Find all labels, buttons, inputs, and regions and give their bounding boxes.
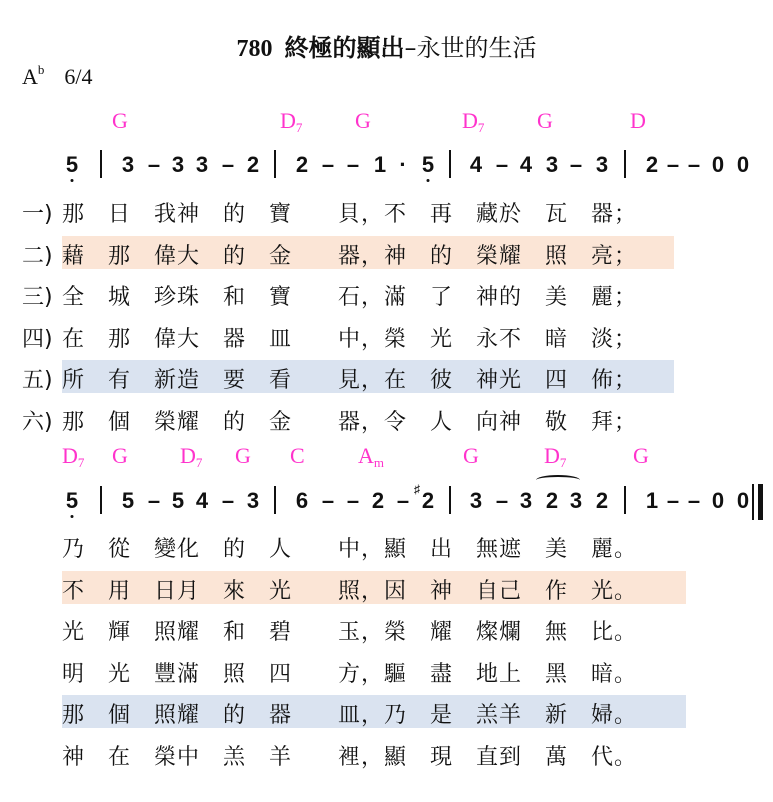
hold-dash: – bbox=[492, 488, 512, 514]
note-number: 3 bbox=[243, 488, 263, 514]
barline bbox=[274, 486, 276, 514]
hold-dash: – bbox=[393, 488, 413, 514]
verse-label: 三) bbox=[22, 280, 53, 311]
chord-root: D bbox=[544, 443, 560, 468]
chord-symbol: D bbox=[630, 108, 646, 134]
note-glyph: 3 bbox=[596, 152, 608, 177]
hymn-number: 780 bbox=[237, 36, 273, 62]
title-separator: – bbox=[405, 34, 417, 62]
note-number: 4 bbox=[516, 152, 536, 178]
note-glyph: 4 bbox=[470, 152, 482, 177]
note-glyph: 5 bbox=[66, 488, 78, 513]
note-number: 3 bbox=[542, 152, 562, 178]
low-octave-dot bbox=[427, 179, 430, 182]
hold-dash: – bbox=[663, 152, 683, 178]
note-glyph: 1 bbox=[374, 152, 386, 177]
verse-label: 六) bbox=[22, 405, 53, 436]
note-number: 5 bbox=[418, 152, 438, 178]
barline bbox=[274, 150, 276, 178]
chord-symbol: G bbox=[235, 443, 251, 469]
note-glyph: – bbox=[688, 152, 700, 177]
note-number: 5 bbox=[62, 488, 82, 514]
sharp-sign: ♯ bbox=[414, 482, 420, 496]
note-glyph: 3 bbox=[172, 152, 184, 177]
chord-quality: 7 bbox=[296, 120, 303, 135]
note-number: 1 bbox=[642, 488, 662, 514]
hold-dash: – bbox=[144, 488, 164, 514]
lyric-line: 光 輝 照耀 和 碧 玉，榮 耀 燦爛 無 比。 bbox=[62, 615, 637, 646]
lyric-line: 在 那 偉大 器 皿 中，榮 光 永不 暗 淡； bbox=[62, 322, 637, 353]
chord-symbol: D7 bbox=[544, 443, 566, 469]
note-glyph: – bbox=[397, 488, 409, 513]
hold-dash: – bbox=[218, 152, 238, 178]
note-glyph: – bbox=[667, 488, 679, 513]
note-glyph: 0 bbox=[737, 152, 749, 177]
note-glyph: 0 bbox=[737, 488, 749, 513]
lyric-line: 那 個 照耀 的 器 皿，乃 是 羔羊 新 婦。 bbox=[62, 698, 637, 729]
note-glyph: 5 bbox=[172, 488, 184, 513]
hold-dash: – bbox=[144, 152, 164, 178]
chord-quality: m bbox=[374, 455, 384, 470]
note-glyph: 3 bbox=[470, 488, 482, 513]
chord-symbol: D7 bbox=[462, 108, 484, 134]
note-number: 2 bbox=[592, 488, 612, 514]
chord-symbol: G bbox=[463, 443, 479, 469]
lyric-line: 明 光 豐滿 照 四 方，驅 盡 地上 黑 暗。 bbox=[62, 657, 637, 688]
time-signature: 6/4 bbox=[64, 64, 92, 89]
note-glyph: 3 bbox=[570, 488, 582, 513]
chord-symbol: G bbox=[355, 108, 371, 134]
chord-root: D bbox=[62, 443, 78, 468]
note-glyph: 2 bbox=[372, 488, 384, 513]
chord-root: D bbox=[462, 108, 478, 133]
note-glyph: – bbox=[496, 152, 508, 177]
chord-root: G bbox=[112, 108, 128, 133]
chord-root: D bbox=[180, 443, 196, 468]
note-glyph: 5 bbox=[122, 488, 134, 513]
lyric-line: 全 城 珍珠 和 寶 石，滿 了 神的 美 麗； bbox=[62, 280, 637, 311]
lyric-line: 所 有 新造 要 看 見，在 彼 神光 四 佈； bbox=[62, 363, 637, 394]
note-number: 0 bbox=[708, 152, 728, 178]
verse-label: 四) bbox=[22, 322, 53, 353]
chord-symbol: G bbox=[112, 108, 128, 134]
note-glyph: – bbox=[688, 488, 700, 513]
note-glyph: 6 bbox=[296, 488, 308, 513]
lyric-line: 那 個 榮耀 的 金 器，令 人 向神 敬 拜； bbox=[62, 405, 637, 436]
key-accidental: b bbox=[38, 62, 45, 77]
note-glyph: 4 bbox=[196, 488, 208, 513]
note-glyph: 5 bbox=[66, 152, 78, 177]
note-glyph: 2 bbox=[596, 488, 608, 513]
note-number: 5 bbox=[168, 488, 188, 514]
key-note: A bbox=[22, 64, 38, 89]
slur-mark bbox=[536, 475, 580, 485]
hold-dash: – bbox=[492, 152, 512, 178]
chord-symbol: D7 bbox=[62, 443, 84, 469]
note-number: 3 bbox=[592, 152, 612, 178]
note-glyph: – bbox=[148, 152, 160, 177]
note-number: 0 bbox=[733, 152, 753, 178]
lyric-line: 神 在 榮中 羔 羊 裡，顯 現 直到 萬 代。 bbox=[62, 740, 637, 771]
note-number: 2 bbox=[368, 488, 388, 514]
chord-root: G bbox=[112, 443, 128, 468]
note-number: 2 bbox=[642, 152, 662, 178]
chord-symbol: D7 bbox=[280, 108, 302, 134]
note-glyph: – bbox=[322, 152, 334, 177]
note-glyph: 1 bbox=[646, 488, 658, 513]
chord-root: A bbox=[358, 443, 374, 468]
barline bbox=[624, 150, 626, 178]
low-octave-dot bbox=[71, 179, 74, 182]
note-glyph: 2 bbox=[646, 152, 658, 177]
hold-dash: – bbox=[566, 152, 586, 178]
hold-dash: – bbox=[318, 488, 338, 514]
lyric-line: 乃 從 變化 的 人 中，顯 出 無遮 美 麗。 bbox=[62, 532, 637, 563]
chord-root: G bbox=[355, 108, 371, 133]
note-number: 5 bbox=[62, 152, 82, 178]
chord-symbol: C bbox=[290, 443, 305, 469]
barline bbox=[449, 150, 451, 178]
note-number: 2 bbox=[292, 152, 312, 178]
note-number: 5 bbox=[118, 488, 138, 514]
chord-root: D bbox=[630, 108, 646, 133]
note-number: 3 bbox=[566, 488, 586, 514]
hymn-title: 780終極的顯出–永世的生活 bbox=[0, 28, 773, 63]
note-number: 0 bbox=[733, 488, 753, 514]
note-number: 0 bbox=[708, 488, 728, 514]
note-number: 3 bbox=[192, 152, 212, 178]
chord-root: G bbox=[235, 443, 251, 468]
note-glyph: – bbox=[148, 488, 160, 513]
note-glyph: 3 bbox=[546, 152, 558, 177]
chord-root: G bbox=[633, 443, 649, 468]
note-number: 2 bbox=[542, 488, 562, 514]
key-signature: Ab6/4 bbox=[22, 64, 93, 90]
barline bbox=[100, 486, 102, 514]
note-glyph: – bbox=[322, 488, 334, 513]
hold-dash: – bbox=[318, 152, 338, 178]
note-number: 2 bbox=[243, 152, 263, 178]
note-glyph: 3 bbox=[520, 488, 532, 513]
chord-quality: 7 bbox=[78, 455, 85, 470]
note-glyph: – bbox=[222, 488, 234, 513]
chord-symbol: G bbox=[112, 443, 128, 469]
note-glyph: 3 bbox=[247, 488, 259, 513]
verse-label: 二) bbox=[22, 239, 53, 270]
chord-symbol: G bbox=[537, 108, 553, 134]
barline bbox=[624, 486, 626, 514]
hold-dash: – bbox=[343, 152, 363, 178]
note-number: 1 bbox=[370, 152, 390, 178]
barline bbox=[449, 486, 451, 514]
hold-dash: – bbox=[343, 488, 363, 514]
chord-root: G bbox=[463, 443, 479, 468]
chord-symbol: D7 bbox=[180, 443, 202, 469]
chord-quality: 7 bbox=[196, 455, 203, 470]
lyric-line: 那 日 我神 的 寶 貝，不 再 藏於 瓦 器； bbox=[62, 197, 637, 228]
note-number: 3 bbox=[168, 152, 188, 178]
hold-dash: – bbox=[684, 152, 704, 178]
note-glyph: – bbox=[496, 488, 508, 513]
chord-symbol: G bbox=[633, 443, 649, 469]
note-number: 4 bbox=[192, 488, 212, 514]
chord-root: C bbox=[290, 443, 305, 468]
chord-quality: 7 bbox=[478, 120, 485, 135]
note-glyph: – bbox=[222, 152, 234, 177]
note-number: 4 bbox=[466, 152, 486, 178]
note-glyph: 0 bbox=[712, 152, 724, 177]
verse-label: 一) bbox=[22, 197, 53, 228]
chord-symbol: Am bbox=[358, 443, 384, 469]
note-glyph: – bbox=[347, 488, 359, 513]
note-glyph: – bbox=[667, 152, 679, 177]
final-barline-thick bbox=[758, 484, 763, 520]
note-number: ♯2 bbox=[418, 488, 438, 514]
note-glyph: 5 bbox=[422, 152, 434, 177]
note-glyph: 3 bbox=[122, 152, 134, 177]
note-glyph: – bbox=[570, 152, 582, 177]
chord-root: D bbox=[280, 108, 296, 133]
note-number: 3 bbox=[118, 152, 138, 178]
note-glyph: – bbox=[347, 152, 359, 177]
note-number: 6 bbox=[292, 488, 312, 514]
lyric-line: 不 用 日月 來 光 照，因 神 自己 作 光。 bbox=[62, 574, 637, 605]
note-glyph: 0 bbox=[712, 488, 724, 513]
title-subtitle: 永世的生活 bbox=[417, 34, 537, 62]
note-glyph: 2 bbox=[546, 488, 558, 513]
lyric-line: 藉 那 偉大 的 金 器，神 的 榮耀 照 亮； bbox=[62, 239, 637, 270]
dot-marker: · bbox=[393, 152, 413, 178]
hold-dash: – bbox=[663, 488, 683, 514]
note-number: 3 bbox=[466, 488, 486, 514]
hold-dash: – bbox=[684, 488, 704, 514]
note-glyph: · bbox=[399, 152, 406, 177]
hold-dash: – bbox=[218, 488, 238, 514]
low-octave-dot bbox=[71, 515, 74, 518]
note-glyph: 4 bbox=[520, 152, 532, 177]
chord-quality: 7 bbox=[560, 455, 567, 470]
verse-label: 五) bbox=[22, 363, 53, 394]
title-main: 終極的顯出 bbox=[285, 34, 405, 62]
note-glyph: 2 bbox=[247, 152, 259, 177]
barline bbox=[100, 150, 102, 178]
note-glyph: 2 bbox=[422, 488, 434, 513]
note-number: 3 bbox=[516, 488, 536, 514]
chord-root: G bbox=[537, 108, 553, 133]
final-barline-thin bbox=[752, 484, 754, 520]
note-glyph: 2 bbox=[296, 152, 308, 177]
note-glyph: 3 bbox=[196, 152, 208, 177]
